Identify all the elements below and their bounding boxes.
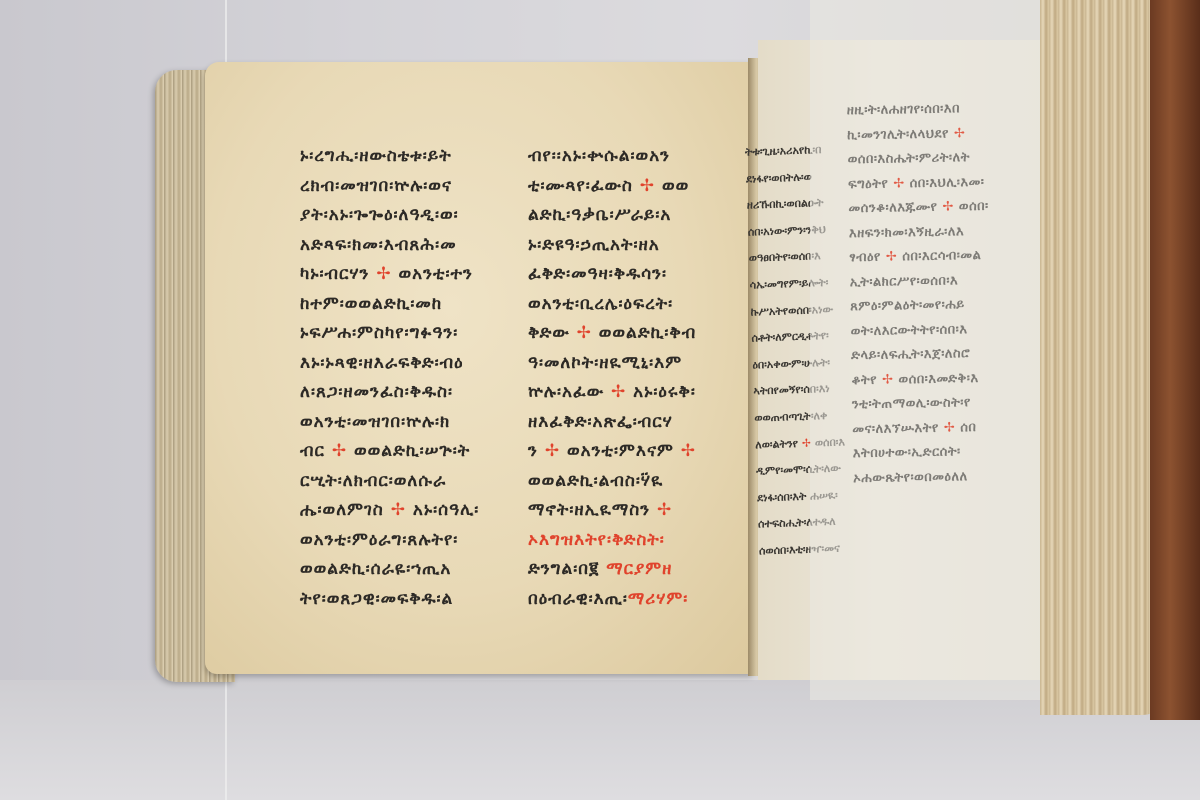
- text-line: በዕብራዊ፡እጢ፡ማሪሃም፡: [528, 585, 696, 615]
- text-line: ኢት፡ልክርሥየ፡ወሰበ፡እ: [850, 268, 991, 295]
- cross-ornament-icon: ✢: [681, 441, 696, 461]
- text-line: እትበሀተው፡ኢድርሰት፡: [853, 440, 994, 467]
- cross-ornament-icon: ✢: [640, 176, 655, 196]
- text-line: ከተም፡ወወልድኪ፡መከ: [300, 290, 479, 320]
- ink-text: ን ✢ ወአንቲ፡ምእናም ✢: [528, 441, 696, 461]
- rubric-text: ማርያምዘ: [606, 559, 672, 579]
- text-line: ንቲ፡ትጠማወሊ፡ውስት፡የ: [852, 391, 993, 418]
- text-line: ወወልድኪ፡ልብስ፡ሃ፟ዪ: [528, 467, 696, 497]
- text-line: ካኑ፡ብርሃን ✢ ወአንቲ፡ተን: [300, 260, 479, 290]
- ink-text: ዘእፈቅድ፡አጽፌ፡ብርሃ: [528, 412, 673, 432]
- ink-text: ማኖት፡ዘኢዪማስን ✢: [528, 500, 672, 520]
- text-line: ፈቅድ፡መዓዛ፡ቅዱሳን፡: [528, 260, 696, 290]
- text-line: እኑ፡ኑጻዊ፡ዘእራፍቅድ፡ብዕ: [300, 349, 479, 379]
- cross-ornament-icon: ✢: [657, 500, 672, 520]
- text-line: ወአንቲ፡ምዕራግ፡ጸሉትየ፡: [300, 526, 479, 556]
- text-line: ብየ፡፡አኑ፡ቍሱል፡ወአን: [528, 142, 696, 172]
- left-text-column-b: ብየ፡፡አኑ፡ቍሱል፡ወአን ቲ፡ሙጻየ፡ፈውስ ✢ ወወ ልድኪ፡ዓቃቤ፡ሥራ…: [528, 142, 696, 614]
- text-line: ኵሉ፡አፈው ✢ አኑ፡ዕሩቅ፡: [528, 378, 696, 408]
- left-text-column-a: ኑ፡ረግሒ፡ዘውስቴቱ፡ይት ረክብ፡መዝገበ፡ኵሉ፡ወና ያት፡አኑ፡ጐጐዕ፡…: [300, 142, 479, 614]
- cross-ornament-icon: ✢: [332, 441, 347, 461]
- ink-text: ኵሉ፡አፈው ✢ አኑ፡ዕሩቅ፡: [528, 382, 696, 402]
- right-page-block-edges: [1040, 0, 1165, 715]
- text-line: ኦእግዝእትየ፡ቅድስት፡: [528, 526, 696, 556]
- text-line: ፍግዕትየ ✢ ሰበ፡እህሊ፡እመ፡: [848, 170, 989, 197]
- text-line: ያት፡አኑ፡ጐጐዕ፡ለዓዲ፡ወ፡: [300, 201, 479, 231]
- text-line: ኑፍሥሐ፡ምስካየ፡ግፉዓን፡: [300, 319, 479, 349]
- text-line: ቅድው ✢ ወወልድኪ፡ቅብ: [528, 319, 696, 349]
- cross-ornament-icon: ✢: [954, 126, 966, 141]
- ink-text: ወወልድኪ፡ልብስ፡ሃ፟ዪ: [528, 471, 663, 491]
- text-line: ዓ፡መለኮት፡ዘዪሚኒ፡እም: [528, 349, 696, 379]
- text-line: ወት፡ለእርውትትየ፡ሰበ፡እ: [850, 317, 991, 344]
- text-line: ኪ፡መንገሊት፡ለላህደየ ✢: [847, 121, 988, 148]
- ink-text: ልድኪ፡ዓቃቤ፡ሥራይ፡አ: [528, 205, 671, 225]
- text-line: መሰንቆ፡ለእጁሙየ ✢ ወሰበ፡: [848, 195, 989, 222]
- ink-text: ብየ፡፡አኑ፡ቍሱል፡ወአን: [528, 146, 670, 166]
- text-line: ትየ፡ወጸጋዊ፡መፍቅዱ፡ል: [300, 585, 479, 615]
- ink-text: ቅድው ✢ ወወልድኪ፡ቅብ: [528, 323, 696, 343]
- text-line: ወሰበ፡እስሔት፡ምሪት፡ለት: [847, 146, 988, 173]
- ink-text: ፈቅድ፡መዓዛ፡ቅዱሳን፡: [528, 264, 667, 284]
- text-line: ዘዚ፡ት፡ለሐዘገየ፡ሰበ፡እበ: [847, 97, 988, 124]
- text-line: ወወልድኪ፡ሰራዬ፡ኀጢአ: [300, 555, 479, 585]
- text-line: መና፡ለእኘሡእትየ ✢ ሰበ: [852, 415, 993, 442]
- text-line: ፃብዕየ ✢ ሰበ፡እርሳብ፡መል: [849, 244, 990, 271]
- text-line: እዘፍን፡ክመ፡እኝዚራ፡ለእ: [849, 219, 990, 246]
- text-line: ኦሐውጼትየ፡ወበመዕለለ: [853, 464, 994, 491]
- text-line: ልድኪ፡ዓቃቤ፡ሥራይ፡አ: [528, 201, 696, 231]
- ink-text: ቲ፡ሙጻየ፡ፈውስ ✢ ወወ: [528, 176, 689, 196]
- cross-ornament-icon: ✢: [893, 176, 905, 191]
- leather-cover: [1150, 0, 1200, 720]
- cross-ornament-icon: ✢: [577, 323, 592, 343]
- text-line: ማኖት፡ዘኢዪማስን ✢: [528, 496, 696, 526]
- text-line: ቆትየ ✢ ወሰበ፡እመድቅ፡እ: [851, 366, 992, 393]
- cross-ornament-icon: ✢: [391, 500, 406, 520]
- rubric-text: ማሪሃም፡: [628, 589, 688, 609]
- text-line: ለ፡ጸጋ፡ዘመንፈስ፡ቅዱስ፡: [300, 378, 479, 408]
- text-line: ሔ፡ወለምገስ ✢ አኑ፡ሰዓሊ፡: [300, 496, 479, 526]
- ink-text: ዓ፡መለኮት፡ዘዪሚኒ፡እም: [528, 353, 682, 373]
- text-line: ጸምዕ፡ምልዕት፡መየ፡ሐይ: [850, 293, 991, 320]
- cross-ornament-icon: ✢: [545, 441, 560, 461]
- text-line: ዘእፈቅድ፡አጽፌ፡ብርሃ: [528, 408, 696, 438]
- text-line: ኑ፡ረግሒ፡ዘውስቴቱ፡ይት: [300, 142, 479, 172]
- text-line: ን ✢ ወአንቲ፡ምእናም ✢: [528, 437, 696, 467]
- text-line: ድንግል፡በ፪ ማርያምዘ: [528, 555, 696, 585]
- ink-text: ወአንቲ፡ቢረሌ፡ዕፍረት፡: [528, 294, 673, 314]
- ink-text: ድንግል፡በ፪: [528, 559, 606, 579]
- text-line: ቲ፡ሙጻየ፡ፈውስ ✢ ወወ: [528, 172, 696, 202]
- ink-text: ኑ፡ድዩዓ፡ኃጢአት፡ዘአ: [528, 235, 660, 255]
- text-line: ወአንቲ፡መዝገበ፡ኵሉ፡ክ: [300, 408, 479, 438]
- cross-ornament-icon: ✢: [611, 382, 626, 402]
- right-text-column-d: ዘዚ፡ት፡ለሐዘገየ፡ሰበ፡እበ ኪ፡መንገሊት፡ለላህደየ ✢ ወሰበ፡እስሔ…: [847, 97, 994, 491]
- cross-ornament-icon: ✢: [882, 372, 894, 387]
- cross-ornament-icon: ✢: [886, 249, 898, 264]
- text-line: ኑ፡ድዩዓ፡ኃጢአት፡ዘአ: [528, 231, 696, 261]
- cross-ornament-icon: ✢: [376, 264, 391, 284]
- rubric-text: ኦእግዝእትየ፡ቅድስት፡: [528, 530, 665, 550]
- cross-ornament-icon: ✢: [942, 199, 954, 214]
- text-line: ድላይ፡ለፍሒት፡እጀ፡ለስሮ: [851, 342, 992, 369]
- text-line: ርሢት፡ለክብር፡ወለሱራ: [300, 467, 479, 497]
- text-line: ወአንቲ፡ቢረሌ፡ዕፍረት፡: [528, 290, 696, 320]
- text-line: ብር ✢ ወወልድኪ፡ሠጕ፡ት: [300, 437, 479, 467]
- text-line: አድጻፍ፡ክመ፡እብጸሕ፡መ: [300, 231, 479, 261]
- ink-text: በዕብራዊ፡እጢ፡: [528, 589, 628, 609]
- cross-ornament-icon: ✢: [944, 420, 956, 435]
- text-line: ረክብ፡መዝገበ፡ኵሉ፡ወና: [300, 172, 479, 202]
